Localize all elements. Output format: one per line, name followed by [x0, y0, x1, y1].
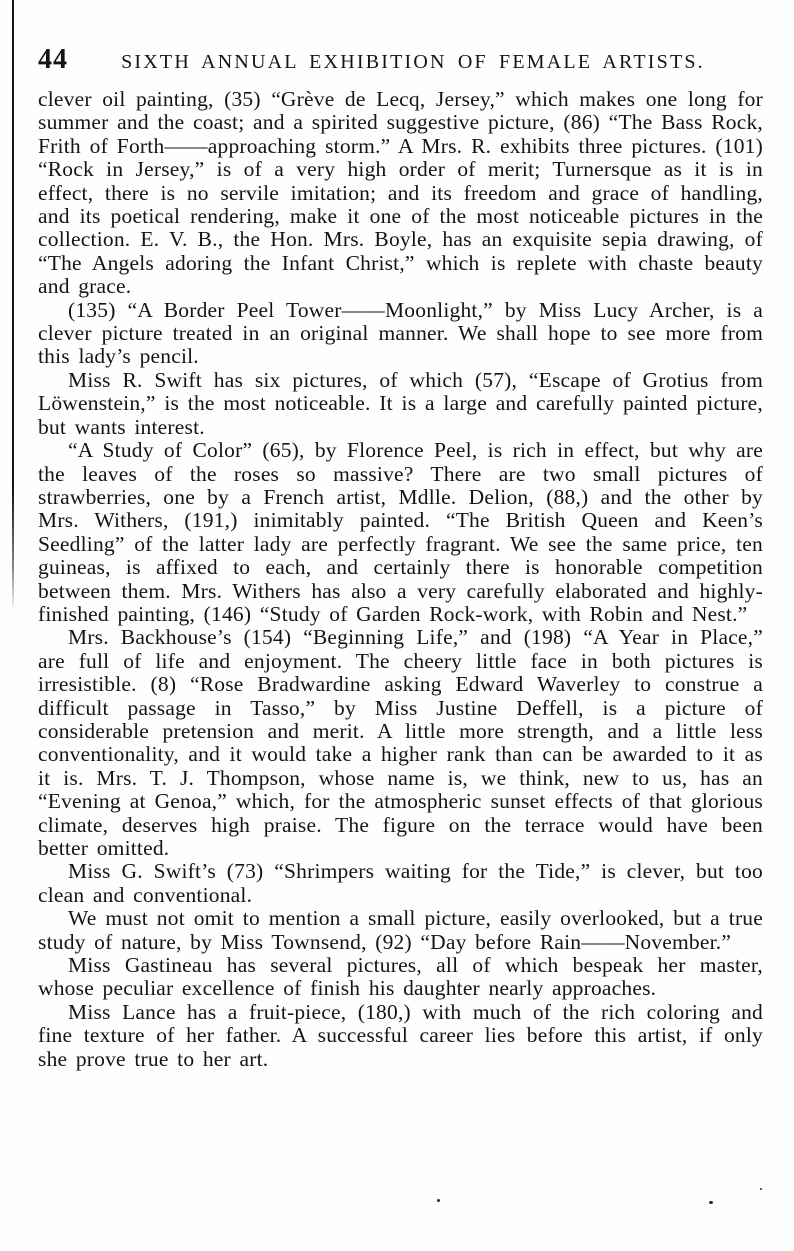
- scan-speck: [437, 1199, 440, 1202]
- paragraph: Miss Gastineau has several pictures, all…: [38, 954, 763, 1001]
- page-body: clever oil painting, (35) “Grève de Lecq…: [38, 88, 763, 1071]
- scan-speck: [709, 1201, 713, 1204]
- page-header: 44 SIXTH ANNUAL EXHIBITION OF FEMALE ART…: [38, 44, 748, 76]
- paragraph: clever oil painting, (35) “Grève de Lecq…: [38, 88, 763, 299]
- paragraph: (135) “A Border Peel Tower——Moonlight,” …: [38, 299, 763, 369]
- running-header: SIXTH ANNUAL EXHIBITION OF FEMALE ARTIST…: [68, 51, 748, 74]
- scan-edge-line: [12, 0, 14, 612]
- paragraph: We must not omit to mention a small pict…: [38, 907, 763, 954]
- book-page-scan: 44 SIXTH ANNUAL EXHIBITION OF FEMALE ART…: [0, 0, 794, 1251]
- paragraph: Mrs. Backhouse’s (154) “Beginning Life,”…: [38, 626, 763, 860]
- paragraph: Miss G. Swift’s (73) “Shrimpers waiting …: [38, 860, 763, 907]
- scan-speck: [760, 1188, 762, 1190]
- paragraph: Miss R. Swift has six pictures, of which…: [38, 369, 763, 439]
- page-number: 44: [38, 44, 68, 76]
- paragraph: “A Study of Color” (65), by Florence Pee…: [38, 439, 763, 626]
- paragraph: Miss Lance has a fruit-piece, (180,) wit…: [38, 1001, 763, 1071]
